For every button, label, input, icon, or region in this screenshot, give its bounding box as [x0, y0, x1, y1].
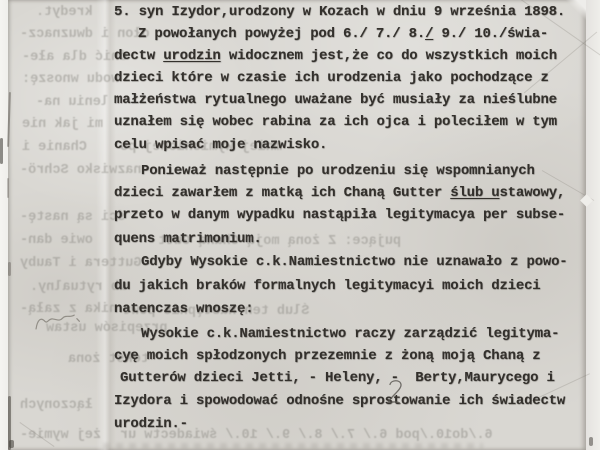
bleedthrough-fragment-7: Chanie i — [22, 140, 87, 155]
text-segment: dectw — [114, 48, 163, 64]
text-line-8: Ponieważ następnie po urodzeniu się wspo… — [141, 163, 535, 179]
bleedthrough-smudge-line — [103, 443, 483, 449]
torn-edge-mark — [7, 178, 9, 198]
text-segment: widocznem jest,że co do wszystkich moich — [221, 48, 557, 64]
text-line-1: 5. syn Izydor,urodzony w Kozach w dniu 9… — [114, 4, 565, 20]
text-segment: 9./ 10./świa- — [433, 26, 548, 42]
text-line-2: Z powołanych powyżej pod 6./ 7./ 8./ 9./… — [138, 26, 548, 42]
bleedthrough-fragment-20: żej wymie- — [20, 428, 101, 443]
bleedthrough-fragment-19: łączonych — [20, 398, 93, 413]
text-line-6: uznałem się wobec rabina za ich ojca i p… — [114, 114, 557, 130]
text-line-12: Gdyby Wysokie c.k.Namiestnictwo nie uzna… — [141, 254, 567, 270]
text-line-11: quens matrimonium. — [114, 231, 262, 247]
text-line-14: natenczas wnoszę: — [114, 301, 253, 317]
text-line-7: celu wpisać moje nazwisko. — [114, 137, 327, 153]
torn-edge-mark — [8, 396, 11, 450]
bleedthrough-fragment-3: ónić dla ałe- — [22, 50, 127, 65]
text-line-10: przeto w danym wypadku nastąpiła legitym… — [114, 207, 565, 223]
scanner-background-right — [585, 0, 600, 450]
text-segment: dzieci zawarłem z matką ich Chaną Gutter — [114, 185, 450, 201]
text-line-3: dectw urodzin widocznem jest,że co do ws… — [114, 48, 557, 64]
torn-edge-mark — [8, 262, 11, 276]
text-line-13: du jakich braków formalnych legitymacyi … — [114, 278, 540, 294]
text-line-18: Izydora i spowodować odnośne sprostowani… — [114, 393, 565, 409]
text-segment: Z powołanych powyżej pod 6./ 7./ 8. — [138, 26, 425, 42]
bleedthrough-fragment-9: nazwisko Schrö- — [20, 163, 142, 178]
paper-sheet: kredyt.ołon i dwuznacz-ónić dla ałe-wodu… — [8, 0, 586, 450]
text-line-19: urodzin.- — [114, 416, 188, 432]
scanned-document-page: kredyt.ołon i dwuznacz-ónić dla ałe-wodu… — [0, 0, 600, 450]
torn-edge-mark — [7, 92, 11, 147]
handwritten-digit-2 — [384, 377, 405, 411]
text-line-15: Wysokie c.k.Namiestnictwo raczy zarządzi… — [141, 326, 559, 342]
bleedthrough-fragment-1: kredyt. — [36, 5, 93, 20]
bleedthrough-fragment-4: wodu wnoszę: — [22, 72, 119, 87]
underlined-text: urodzin — [163, 48, 220, 64]
text-line-5: małżeństwa rytualnego uważane być musiał… — [114, 92, 557, 108]
text-line-4: dzieci które w czasie ich urodzenia jako… — [114, 70, 549, 86]
vertical-fold-line — [96, 0, 116, 450]
bleedthrough-fragment-14: ub rytualny. — [30, 280, 127, 295]
bleedthrough-fragment-10: ści są nastę- — [20, 210, 125, 225]
bleedthrough-fragment-13: Guttera i Tauby — [20, 256, 142, 271]
bleedthrough-fragment-6: mi jak nie — [22, 117, 103, 132]
bleedthrough-fragment-11: owie dan- — [20, 233, 93, 248]
underlined-text: ślub u — [450, 185, 499, 201]
bleedthrough-fragment-2: ołon i dwuznacz- — [20, 27, 150, 42]
text-segment: stawowy, — [499, 185, 565, 201]
bleedthrough-fragment-5: leniu na- — [36, 95, 109, 110]
text-line-16: cyę moich spłodzonych przezemnie z żoną … — [114, 348, 540, 364]
text-line-9: dzieci zawarłem z matką ich Chaną Gutter… — [114, 185, 565, 201]
text-line-17: Gutterów dzieci Jetti, - Heleny, - Berty… — [120, 370, 555, 386]
torn-edge-mark — [9, 440, 14, 448]
